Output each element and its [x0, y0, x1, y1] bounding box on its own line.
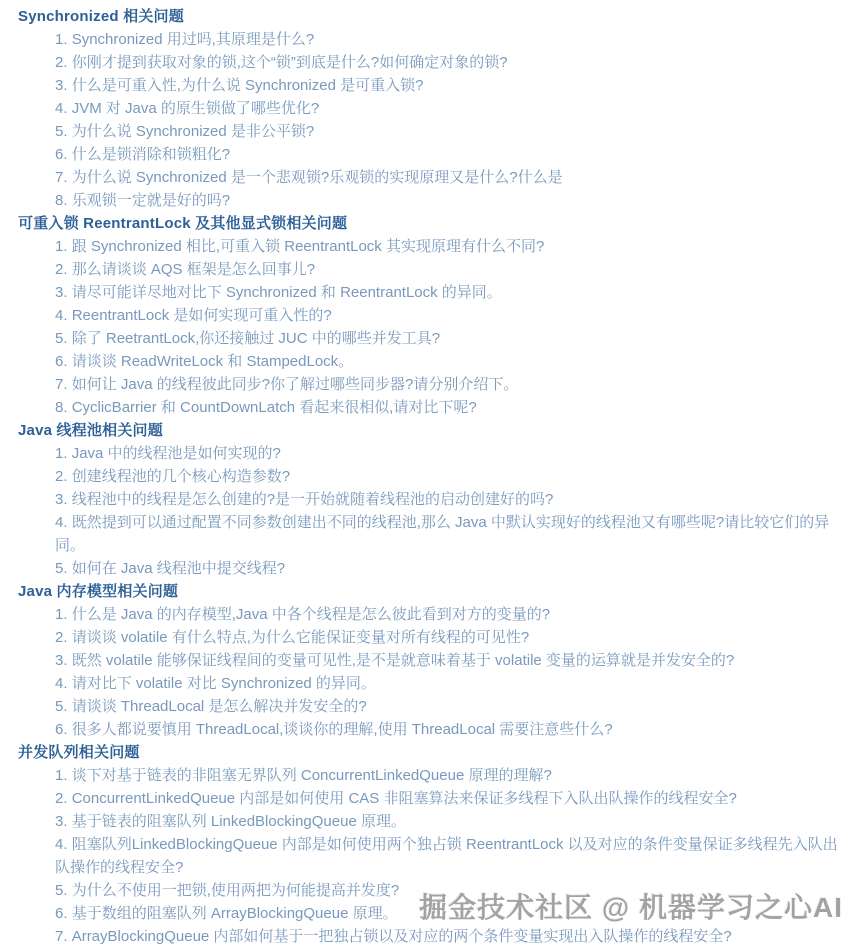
question-item: 跟 Synchronized 相比,可重入锁 ReentrantLock 其实现… [55, 235, 838, 258]
section-heading: Java 内存模型相关问题 [18, 580, 838, 603]
question-item: 基于数组的阻塞队列 ArrayBlockingQueue 原理。 [55, 902, 838, 925]
question-item: 请对比下 volatile 对比 Synchronized 的异同。 [55, 672, 838, 695]
question-section: Java 线程池相关问题 Java 中的线程池是如何实现的?创建线程池的几个核心… [18, 419, 838, 580]
question-item: 阻塞队列LinkedBlockingQueue 内部是如何使用两个独占锁 Ree… [55, 833, 838, 879]
question-item: 那么请谈谈 AQS 框架是怎么回事儿? [55, 258, 838, 281]
question-item: 请谈谈 ReadWriteLock 和 StampedLock。 [55, 350, 838, 373]
question-list: Java 中的线程池是如何实现的?创建线程池的几个核心构造参数?线程池中的线程是… [18, 442, 838, 580]
question-item: 请谈谈 ThreadLocal 是怎么解决并发安全的? [55, 695, 838, 718]
question-list: 什么是 Java 的内存模型,Java 中各个线程是怎么彼此看到对方的变量的?请… [18, 603, 838, 741]
question-list: 跟 Synchronized 相比,可重入锁 ReentrantLock 其实现… [18, 235, 838, 419]
question-item: ReentrantLock 是如何实现可重入性的? [55, 304, 838, 327]
question-item: 除了 ReetrantLock,你还接触过 JUC 中的哪些并发工具? [55, 327, 838, 350]
question-item: 如何在 Java 线程池中提交线程? [55, 557, 838, 580]
question-item: 创建线程池的几个核心构造参数? [55, 465, 838, 488]
question-item: 你刚才提到获取对象的锁,这个“锁”到底是什么?如何确定对象的锁? [55, 51, 838, 74]
question-item: Synchronized 用过吗,其原理是什么? [55, 28, 838, 51]
question-section: Java 内存模型相关问题 什么是 Java 的内存模型,Java 中各个线程是… [18, 580, 838, 741]
question-item: 什么是可重入性,为什么说 Synchronized 是可重入锁? [55, 74, 838, 97]
question-item: 如何让 Java 的线程彼此同步?你了解过哪些同步器?请分别介绍下。 [55, 373, 838, 396]
question-item: 为什么不使用一把锁,使用两把为何能提高并发度? [55, 879, 838, 902]
question-list: 谈下对基于链表的非阻塞无界队列 ConcurrentLinkedQueue 原理… [18, 764, 838, 945]
question-item: Java 中的线程池是如何实现的? [55, 442, 838, 465]
question-item: 基于链表的阻塞队列 LinkedBlockingQueue 原理。 [55, 810, 838, 833]
question-item: 请谈谈 volatile 有什么特点,为什么它能保证变量对所有线程的可见性? [55, 626, 838, 649]
question-item: 线程池中的线程是怎么创建的?是一开始就随着线程池的启动创建好的吗? [55, 488, 838, 511]
question-section: Synchronized 相关问题 Synchronized 用过吗,其原理是什… [18, 5, 838, 212]
question-item: 既然提到可以通过配置不同参数创建出不同的线程池,那么 Java 中默认实现好的线… [55, 511, 838, 557]
question-item: 为什么说 Synchronized 是非公平锁? [55, 120, 838, 143]
question-item: 请尽可能详尽地对比下 Synchronized 和 ReentrantLock … [55, 281, 838, 304]
question-section: 并发队列相关问题 谈下对基于链表的非阻塞无界队列 ConcurrentLinke… [18, 741, 838, 945]
question-item: 很多人都说要慎用 ThreadLocal,谈谈你的理解,使用 ThreadLoc… [55, 718, 838, 741]
question-item: 为什么说 Synchronized 是一个悲观锁?乐观锁的实现原理又是什么?什么… [55, 166, 838, 189]
question-item: ArrayBlockingQueue 内部如何基于一把独占锁以及对应的两个条件变… [55, 925, 838, 945]
question-item: 什么是 Java 的内存模型,Java 中各个线程是怎么彼此看到对方的变量的? [55, 603, 838, 626]
section-heading: 可重入锁 ReentrantLock 及其他显式锁相关问题 [18, 212, 838, 235]
question-item: 既然 volatile 能够保证线程间的变量可见性,是不是就意味着基于 vola… [55, 649, 838, 672]
question-item: JVM 对 Java 的原生锁做了哪些优化? [55, 97, 838, 120]
question-item: 什么是锁消除和锁粗化? [55, 143, 838, 166]
question-item: 乐观锁一定就是好的吗? [55, 189, 838, 212]
question-item: CyclicBarrier 和 CountDownLatch 看起来很相似,请对… [55, 396, 838, 419]
section-heading: Synchronized 相关问题 [18, 5, 838, 28]
question-item: 谈下对基于链表的非阻塞无界队列 ConcurrentLinkedQueue 原理… [55, 764, 838, 787]
question-item: ConcurrentLinkedQueue 内部是如何使用 CAS 非阻塞算法来… [55, 787, 838, 810]
section-heading: 并发队列相关问题 [18, 741, 838, 764]
question-section: 可重入锁 ReentrantLock 及其他显式锁相关问题 跟 Synchron… [18, 212, 838, 419]
document-body: Synchronized 相关问题 Synchronized 用过吗,其原理是什… [0, 0, 848, 945]
question-list: Synchronized 用过吗,其原理是什么?你刚才提到获取对象的锁,这个“锁… [18, 28, 838, 212]
section-heading: Java 线程池相关问题 [18, 419, 838, 442]
